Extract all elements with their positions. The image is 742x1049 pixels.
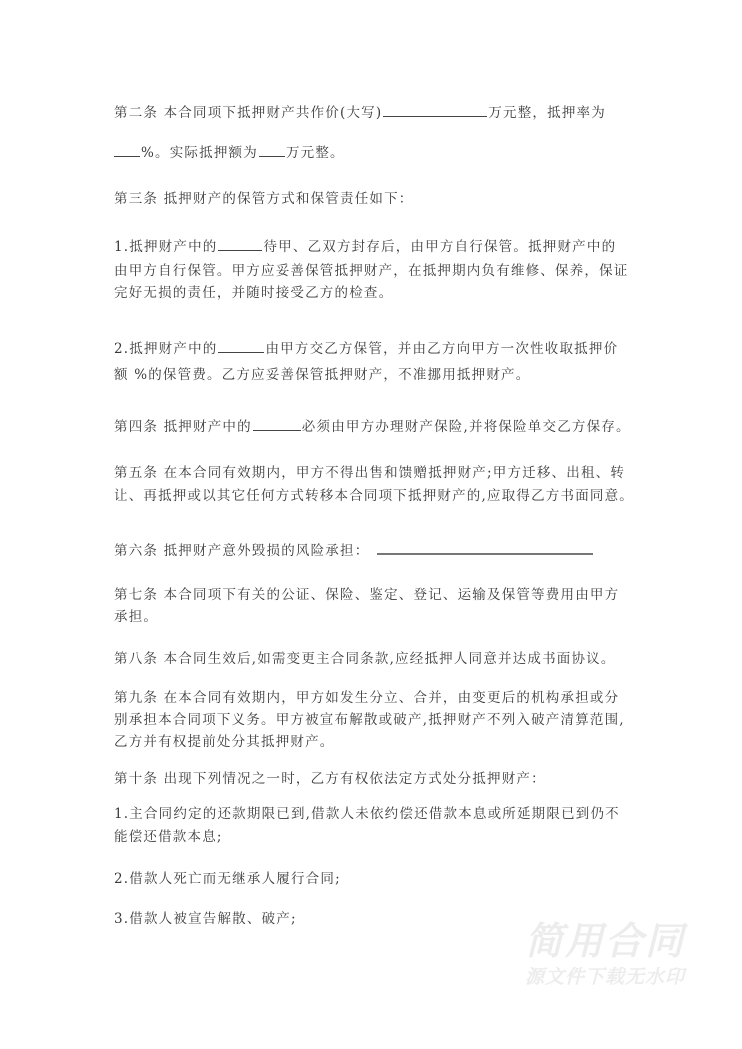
- article3-item1-line2: 由甲方自行保管。甲方应妥善保管抵押财产，在抵押期内负有维修、保养，保证: [114, 262, 629, 280]
- watermark-title: 简用合同: [510, 918, 700, 964]
- article10-item1-line2: 能偿还借款本息;: [114, 828, 223, 846]
- amount-blank: [259, 144, 285, 157]
- article3-text: 由甲方交乙方保管，并由乙方向甲方一次性收取抵押价: [265, 341, 618, 357]
- rate-blank: [114, 144, 140, 157]
- article7-line2: 承担。: [114, 608, 158, 626]
- article2-text: 万元整，抵押率为: [488, 105, 606, 121]
- custody-property-blank: [218, 340, 264, 353]
- article9-line3: 乙方并有权提前处分其抵押财产。: [114, 733, 335, 751]
- article3-item2-line1: 2.抵押财产中的由甲方交乙方保管，并由乙方向甲方一次性收取抵押价: [114, 340, 618, 358]
- article10-item1-line1: 1.主合同约定的还款期限已到,借款人未依约偿还借款本息或所延期限已到仍不: [114, 805, 620, 823]
- article5-line1: 第五条 在本合同有效期内，甲方不得出售和馈赠抵押财产;甲方迁移、出租、转: [114, 464, 625, 482]
- article10-item2: 2.借款人死亡而无继承人履行合同;: [114, 870, 341, 888]
- article9-line2: 别承担本合同项下义务。甲方被宣布解散或破产,抵押财产不列入破产清算范围,: [114, 711, 625, 729]
- article3-item1-line3: 完好无损的责任，并随时接受乙方的检查。: [114, 284, 393, 302]
- watermark: 简用合同 源文件下载无水印: [510, 918, 700, 990]
- article3-text: 待甲、乙双方封存后，由甲方自行保管。抵押财产中的: [263, 239, 616, 255]
- article4-line: 第四条 抵押财产中的必须由甲方办理财产保险,并将保险单交乙方保存。: [114, 418, 631, 436]
- article8-line1: 第八条 本合同生效后,如需变更主合同条款,应经抵押人同意并达成书面协议。: [114, 650, 616, 668]
- valuation-blank: [383, 104, 487, 117]
- article4-text: 第四条 抵押财产中的: [114, 419, 252, 435]
- article10-heading: 第十条 出现下列情况之一时，乙方有权依法定方式处分抵押财产：: [114, 770, 546, 788]
- document-page: 第二条 本合同项下抵押财产共作价(大写)万元整，抵押率为 %。实际抵押额为万元整…: [0, 0, 742, 1049]
- article3-text: 2.抵押财产中的: [114, 341, 217, 357]
- article2-line1: 第二条 本合同项下抵押财产共作价(大写)万元整，抵押率为: [114, 104, 606, 122]
- article5-line2: 让、再抵押或以其它任何方式转移本合同项下抵押财产的,应取得乙方书面同意。: [114, 487, 634, 505]
- article2-text: 第二条 本合同项下抵押财产共作价(大写): [114, 105, 382, 121]
- article6-text: 第六条 抵押财产意外毁损的风险承担：: [114, 543, 369, 559]
- article3-item2-line2: 额 %的保管费。乙方应妥善保管抵押财产，不准挪用抵押财产。: [114, 366, 530, 384]
- watermark-subtitle: 源文件下载无水印: [510, 964, 700, 990]
- article4-text: 必须由甲方办理财产保险,并将保险单交乙方保存。: [302, 419, 631, 435]
- article3-text: 1.抵押财产中的: [114, 239, 217, 255]
- article10-item3: 3.借款人被宣告解散、破产;: [114, 910, 297, 928]
- article2-line2: %。实际抵押额为万元整。: [114, 144, 345, 162]
- article3-heading: 第三条 抵押财产的保管方式和保管责任如下：: [114, 190, 414, 208]
- article9-line1: 第九条 在本合同有效期内，甲方如发生分立、合并，由变更后的机构承担或分: [114, 689, 619, 707]
- article2-text: %。实际抵押额为: [141, 145, 258, 161]
- sealed-property-blank: [218, 238, 262, 251]
- article7-line1: 第七条 本合同项下有关的公证、保险、鉴定、登记、运输及保管等费用由甲方: [114, 586, 619, 604]
- article2-text: 万元整。: [286, 145, 345, 161]
- risk-bearer-blank: [377, 541, 593, 555]
- article3-item1-line1: 1.抵押财产中的待甲、乙双方封存后，由甲方自行保管。抵押财产中的: [114, 238, 616, 256]
- article6-line: 第六条 抵押财产意外毁损的风险承担：: [114, 541, 594, 560]
- insured-property-blank: [253, 418, 301, 431]
